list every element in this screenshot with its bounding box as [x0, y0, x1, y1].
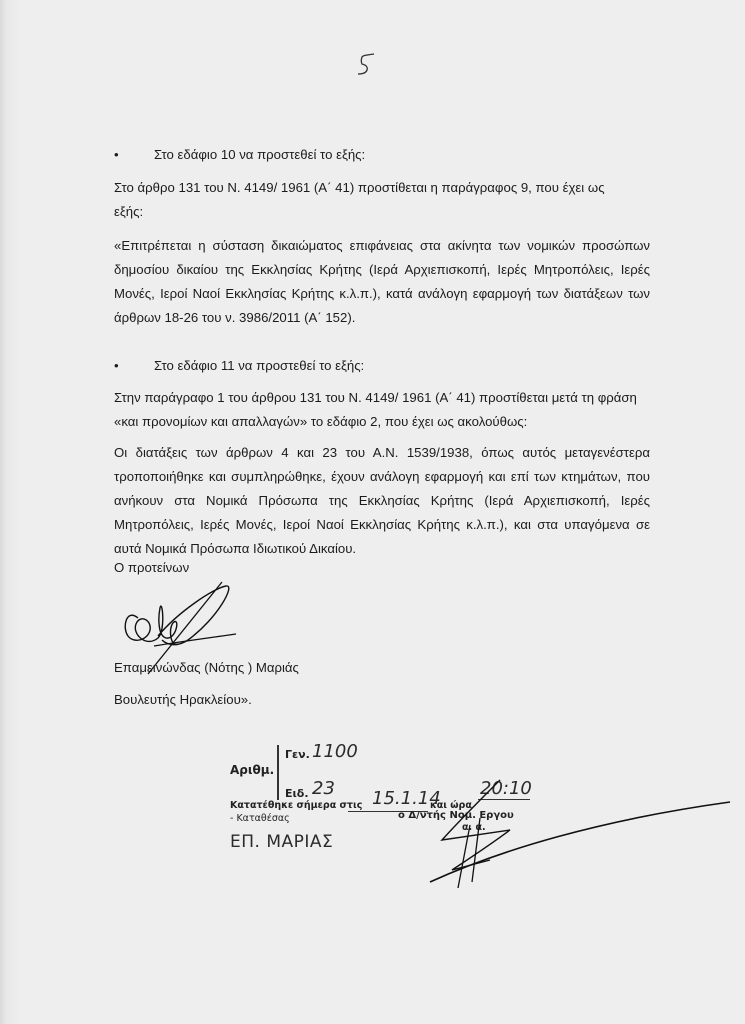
- section-heading-text: Στο εδάφιο 11 να προστεθεί το εξής:: [154, 356, 364, 376]
- bullet-icon: •: [114, 356, 119, 376]
- stamp-arithm-label: Αριθμ.: [230, 763, 274, 777]
- stamp-eid-value: 23: [312, 778, 335, 799]
- bullet-icon: •: [114, 145, 119, 165]
- section-2-intro: Στην παράγραφο 1 του άρθρου 131 του Ν. 4…: [114, 386, 644, 434]
- handwritten-page-number: [352, 48, 382, 78]
- director-signature: [400, 770, 740, 910]
- stamp-eid-label: Ειδ.: [285, 787, 309, 800]
- stamp-gen-label: Γεν.: [285, 748, 310, 761]
- proposer-title: Βουλευτής Ηρακλείου».: [114, 688, 650, 712]
- section-1-intro: Στο άρθρο 131 του Ν. 4149/ 1961 (Α΄ 41) …: [114, 176, 634, 224]
- stamp-depositor-label: - Καταθέσας: [230, 813, 290, 824]
- stamp-gen-value: 1100: [312, 741, 358, 762]
- proposer-name: Επαμεινώνδας (Νότης ) Μαριάς: [114, 656, 650, 680]
- stamp-deposited-label: Κατατέθηκε σήμερα στις: [230, 800, 362, 811]
- stamp-depositor-value: ΕΠ. ΜΑΡΙΑΣ: [230, 832, 333, 852]
- proposer-label: Ο προτείνων: [114, 556, 650, 580]
- document-page: • Στο εδάφιο 10 να προστεθεί το εξής: Στ…: [0, 0, 745, 1024]
- section-2-body: Οι διατάξεις των άρθρων 4 και 23 του Α.Ν…: [114, 441, 650, 561]
- section-heading-text: Στο εδάφιο 10 να προστεθεί το εξής:: [154, 145, 365, 165]
- section-1-body: «Επιτρέπεται η σύσταση δικαιώματος επιφά…: [114, 234, 650, 330]
- stamp-divider: [277, 745, 279, 800]
